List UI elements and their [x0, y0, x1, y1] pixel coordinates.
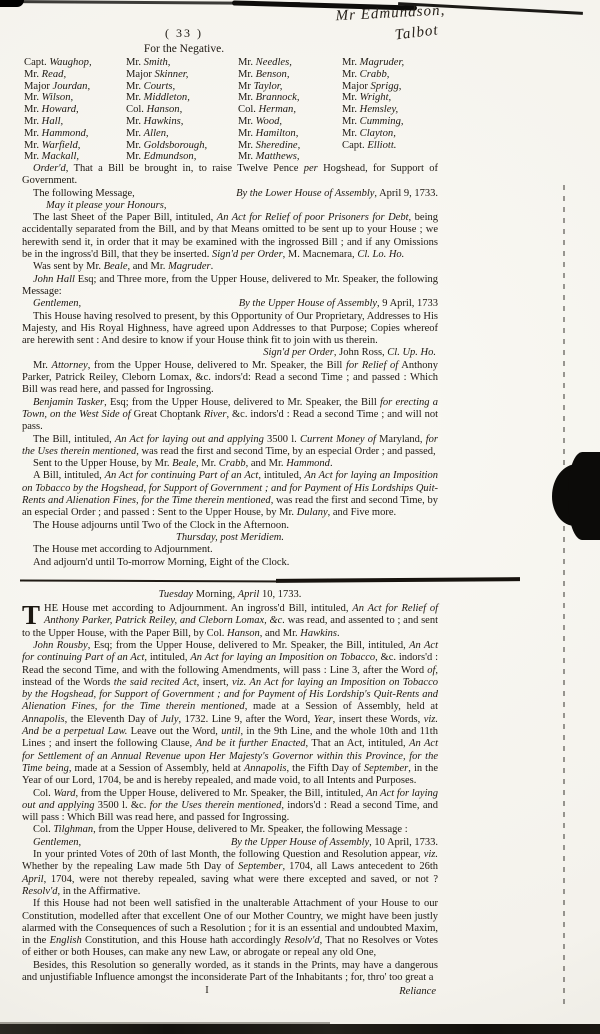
gentlemen-salutation-2: Gentlemen,	[22, 837, 81, 849]
right-edge-ink-blob-inner	[568, 452, 600, 540]
name-entry: Capt. Waughop,	[24, 57, 92, 69]
thursday-heading: Thursday, post Meridiem.	[22, 532, 438, 544]
name-entry: Mr. Clayton,	[342, 128, 404, 140]
tobacco-bill-paragraph: A Bill, intituled, An Act for continuing…	[22, 470, 438, 519]
besides-paragraph: Besides, this Resolution so generally wo…	[22, 960, 438, 985]
ward-paragraph: Col. Ward, from the Upper House, deliver…	[22, 788, 438, 825]
page-number: ( 33 )	[0, 26, 392, 41]
name-entry: Mr. Needles,	[238, 57, 300, 69]
bottom-edge-shadow	[0, 1022, 330, 1025]
name-column-1: Capt. Waughop,Mr. Read,Major Jourdan,Mr.…	[24, 57, 92, 163]
name-entry: Mr. Wilson,	[24, 92, 92, 104]
name-entry: Mr. Edmundson,	[126, 151, 207, 163]
name-entry: Mr. Smith,	[126, 57, 207, 69]
name-entry: Mr. Middleton,	[126, 92, 207, 104]
scanned-document-page: { "colors": { "ink": "#1d1812", "paper":…	[0, 0, 600, 1034]
name-entry: Mr. Hawkins,	[126, 116, 207, 128]
sent-upper-house-line: Sent to the Upper House, by Mr. Beale, M…	[22, 458, 438, 470]
top-left-ink-blot	[0, 0, 24, 7]
was-sent-line: Was sent by Mr. Beale, and Mr. Magruder.	[22, 261, 438, 273]
name-entry: Mr. Matthews,	[238, 151, 300, 163]
salutation-honours: May it please your Honours,	[22, 200, 438, 212]
constitution-paragraph: If this House had not been well satisfie…	[22, 898, 438, 959]
negative-name-list: Capt. Waughop,Mr. Read,Major Jourdan,Mr.…	[22, 57, 438, 163]
house-met-line: The House met according to Adjournment.	[22, 544, 438, 556]
bottom-scan-bar	[0, 1024, 600, 1034]
following-message-line: The following Message, By the Lower Hous…	[22, 188, 438, 200]
name-entry: Mr. Hemsley,	[342, 104, 404, 116]
name-column-4: Mr. Magruder,Mr. Crabb,Major Sprigg,Mr. …	[342, 57, 404, 151]
upper-house-attribution-1: By the Upper House of Assembly, 9 April,…	[239, 298, 438, 310]
bill-3500-paragraph: The Bill, intituled, An Act for laying o…	[22, 434, 438, 459]
name-column-3: Mr. Needles,Mr. Benson,Mr Taylor,Mr. Bra…	[238, 57, 300, 163]
name-entry: Mr. Hamilton,	[238, 128, 300, 140]
name-entry: Mr. Brannock,	[238, 92, 300, 104]
name-entry: Mr. Wood,	[238, 116, 300, 128]
name-entry: Mr. Warfield,	[24, 140, 92, 152]
gentlemen-salutation: Gentlemen,	[22, 298, 81, 310]
name-entry: Major Sprigg,	[342, 81, 404, 93]
signed-john-ross-line: Sign'd per Order, John Ross, Cl. Up. Ho.	[22, 347, 438, 359]
signature-mark: I	[22, 985, 392, 996]
tilghman-paragraph: Col. Tilghman, from the Upper House, del…	[22, 824, 438, 836]
adjournd-line: And adjourn'd until To-morrow Morning, E…	[22, 557, 438, 569]
following-message-label: The following Message,	[22, 188, 135, 200]
name-entry: Mr. Wright,	[342, 92, 404, 104]
name-column-2: Mr. Smith,Major Skinner,Mr. Courts,Mr. M…	[126, 57, 207, 163]
rousby-amendments-paragraph: John Rousby, Esq; from the Upper House, …	[22, 640, 438, 788]
binding-shadow-dashes	[563, 185, 565, 1005]
name-entry: Mr. Benson,	[238, 69, 300, 81]
tuesday-opening-paragraph: THE House met according to Adjournment. …	[22, 603, 438, 640]
name-entry: Mr. Hall,	[24, 116, 92, 128]
name-entry: Mr. Crabb,	[342, 69, 404, 81]
tasker-paragraph: Benjamin Tasker, Esq; from the Upper Hou…	[22, 397, 438, 434]
printed-votes-paragraph: In your printed Votes of 20th of last Mo…	[22, 849, 438, 898]
lower-house-attribution: By the Lower House of Assembly, April 9,…	[236, 188, 438, 200]
gentlemen-line-1: Gentlemen, By the Upper House of Assembl…	[22, 298, 438, 310]
last-sheet-paragraph: The last Sheet of the Paper Bill, intitu…	[22, 212, 438, 261]
john-hall-paragraph: John Hall Esq; and Three more, from the …	[22, 274, 438, 299]
section-divider-rule	[20, 577, 520, 584]
name-entry: Mr. Read,	[24, 69, 92, 81]
name-entry: Mr. Mackall,	[24, 151, 92, 163]
addresses-paragraph: This House having resolved to present, b…	[22, 311, 438, 348]
page-footer: I Reliance	[22, 985, 438, 998]
name-entry: Mr. Sheredine,	[238, 140, 300, 152]
attorney-paragraph: Mr. Attorney, from the Upper House, deli…	[22, 360, 438, 397]
ordered-bill-paragraph: Order'd, That a Bill be brought in, to r…	[22, 163, 438, 188]
name-entry: Major Jourdan,	[24, 81, 92, 93]
name-entry: Mr. Allen,	[126, 128, 207, 140]
name-entry: Col. Herman,	[238, 104, 300, 116]
drop-cap: T	[22, 604, 40, 626]
name-entry: Mr. Hammond,	[24, 128, 92, 140]
name-entry: Mr. Courts,	[126, 81, 207, 93]
name-entry: Mr. Magruder,	[342, 57, 404, 69]
right-edge-ink-blob	[552, 464, 600, 526]
name-entry: Major Skinner,	[126, 69, 207, 81]
adjourns-line: The House adjourns until Two of the Cloc…	[22, 520, 438, 532]
name-entry: Mr Taylor,	[238, 81, 300, 93]
name-entry: Mr. Goldsborough,	[126, 140, 207, 152]
name-entry: Mr. Howard,	[24, 104, 92, 116]
upper-house-attribution-2: By the Upper House of Assembly, 10 April…	[231, 837, 438, 849]
gentlemen-line-2: Gentlemen, By the Upper House of Assembl…	[22, 837, 438, 849]
name-entry: Col. Hanson,	[126, 104, 207, 116]
negative-heading: For the Negative.	[0, 43, 392, 55]
name-entry: Mr. Cumming,	[342, 116, 404, 128]
catchword: Reliance	[399, 986, 436, 997]
page-body: ( 33 ) For the Negative. Capt. Waughop,M…	[22, 0, 438, 998]
tuesday-heading: Tuesday Morning, April 10, 1733.	[22, 589, 438, 601]
name-entry: Capt. Elliott.	[342, 140, 404, 152]
